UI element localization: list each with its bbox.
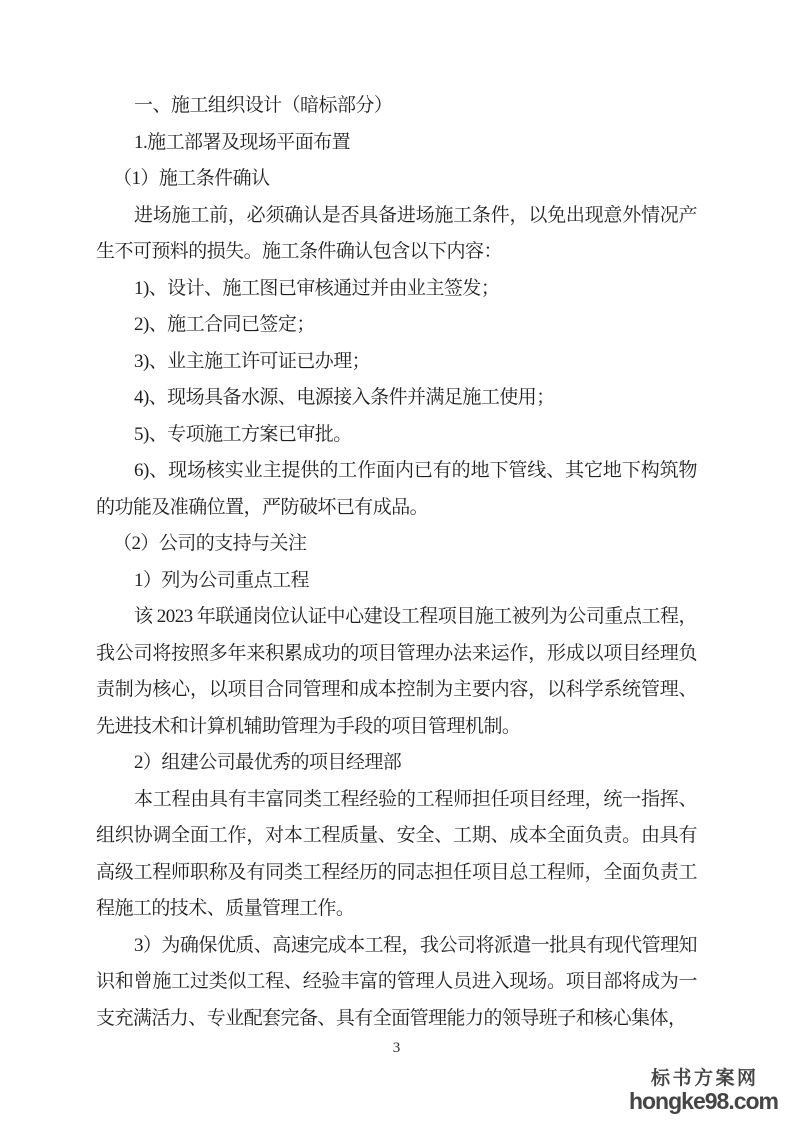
paragraph: 1.施工部署及现场平面布置 (96, 125, 697, 162)
paragraph: 1)、设计、施工图已审核通过并由业主签发； (96, 271, 697, 308)
paragraph: （1）施工条件确认 (96, 161, 697, 198)
document-page: 一、施工组织设计（暗标部分）1.施工部署及现场平面布置（1）施工条件确认进场施工… (0, 0, 793, 1122)
paragraph: 3)、业主施工许可证已办理； (96, 344, 697, 381)
paragraph: 2)、施工合同已签定； (96, 307, 697, 344)
paragraph: （2）公司的支持与关注 (96, 526, 697, 563)
paragraph: 一、施工组织设计（暗标部分） (96, 88, 697, 125)
paragraph: 该 2023 年联通岗位认证中心建设工程项目施工被列为公司重点工程，我公司将按照… (96, 599, 697, 745)
paragraph: 2）组建公司最优秀的项目经理部 (96, 745, 697, 782)
paragraph: 6)、现场核实业主提供的工作面内已有的地下管线、其它地下构筑物的功能及准确位置，… (96, 453, 697, 526)
paragraph: 3）为确保优质、高速完成本工程，我公司将派遣一批具有现代管理知识和曾施工过类似工… (96, 928, 697, 1038)
paragraph: 本工程由具有丰富同类工程经验的工程师担任项目经理，统一指挥、组织协调全面工作，对… (96, 782, 697, 928)
paragraph: 1）列为公司重点工程 (96, 563, 697, 600)
watermark-site-domain: hongke98.com (629, 1090, 778, 1112)
paragraph: 进场施工前，必须确认是否具备进场施工条件，以免出现意外情况产生不可预料的损失。施… (96, 198, 697, 271)
document-body: 一、施工组织设计（暗标部分）1.施工部署及现场平面布置（1）施工条件确认进场施工… (96, 88, 697, 1037)
document-footer: 3 (96, 1038, 697, 1058)
paragraph: 4)、现场具备水源、电源接入条件并满足施工使用； (96, 380, 697, 417)
watermark-site-name: 标书方案网 (629, 1068, 781, 1090)
paragraph: 5)、专项施工方案已审批。 (96, 417, 697, 454)
watermark: 标书方案网 hongke98.com (629, 1068, 778, 1112)
page-number: 3 (393, 1040, 401, 1056)
